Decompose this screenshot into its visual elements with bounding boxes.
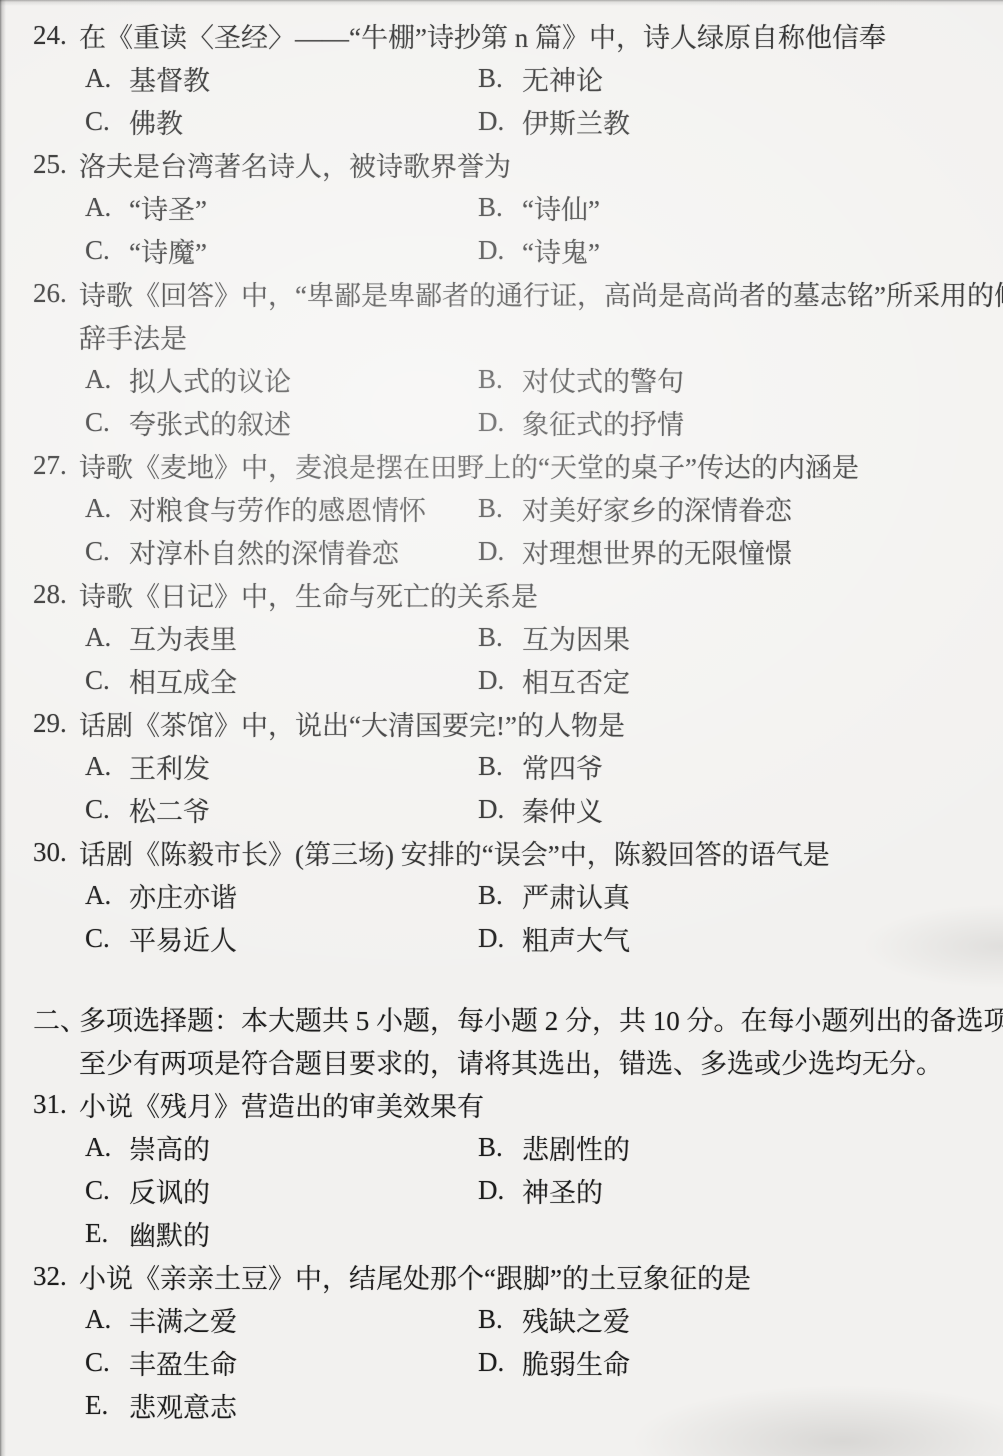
option-text: 常四爷 xyxy=(522,747,603,786)
option-text: 残缺之爱 xyxy=(522,1300,630,1339)
option-text: 拟人式的议论 xyxy=(129,360,291,399)
option-text: 反讽的 xyxy=(129,1171,210,1210)
section-header-line-continuation: 至少有两项是符合题目要求的，请将其选出，错选、多选或少选均无分。 xyxy=(0,1040,1003,1083)
option-text: 对粮食与劳作的感恩情怀 xyxy=(129,489,426,528)
options-row: A.王利发B.常四爷 xyxy=(0,745,1003,788)
option-B: B.常四爷 xyxy=(478,747,871,786)
option-label: B. xyxy=(478,1132,522,1163)
question-line: 27.诗歌《麦地》中，麦浪是摆在田野上的“天堂的桌子”传达的内涵是 xyxy=(0,444,1003,487)
question-24: 24.在《重读〈圣经〉——“牛棚”诗抄第 n 篇》中，诗人绿原自称他信奉A.基督… xyxy=(0,14,1003,143)
option-C: C.“诗魔” xyxy=(85,231,478,270)
option-label: B. xyxy=(478,192,522,223)
options-row: A.亦庄亦谐B.严肃认真 xyxy=(0,874,1003,917)
option-label: A. xyxy=(85,1132,129,1163)
section-text: 多项选择题：本大题共 5 小题，每小题 2 分，共 10 分。在每小题列出的备选… xyxy=(79,999,1003,1038)
exam-page: 24.在《重读〈圣经〉——“牛棚”诗抄第 n 篇》中，诗人绿原自称他信奉A.基督… xyxy=(0,0,1003,1456)
options-row: C.松二爷D.秦仲义 xyxy=(0,788,1003,831)
option-label: B. xyxy=(478,751,522,782)
question-31: 31.小说《残月》营造出的审美效果有A.崇高的B.悲剧性的C.反讽的D.神圣的E… xyxy=(0,1083,1003,1255)
option-text: 严肃认真 xyxy=(522,876,630,915)
option-label: D. xyxy=(478,106,522,137)
options-row: A.崇高的B.悲剧性的 xyxy=(0,1126,1003,1169)
options-row: C.反讽的D.神圣的 xyxy=(0,1169,1003,1212)
option-text: 秦仲义 xyxy=(522,790,603,829)
options-row: C.夸张式的叙述D.象征式的抒情 xyxy=(0,401,1003,444)
option-label: C. xyxy=(85,665,129,696)
option-label: C. xyxy=(85,536,129,567)
option-label: D. xyxy=(478,407,522,438)
option-label: A. xyxy=(85,192,129,223)
option-text: 互为表里 xyxy=(129,618,237,657)
option-C: C.松二爷 xyxy=(85,790,478,829)
options-row: E.悲观意志 xyxy=(0,1384,1003,1427)
option-text: 悲观意志 xyxy=(129,1386,237,1425)
option-label: D. xyxy=(478,665,522,696)
question-26: 26.诗歌《回答》中，“卑鄙是卑鄙者的通行证，高尚是高尚者的墓志铭”所采用的修辞… xyxy=(0,272,1003,444)
option-label: A. xyxy=(85,364,129,395)
option-text: “诗魔” xyxy=(129,231,207,270)
option-C: C.丰盈生命 xyxy=(85,1343,478,1382)
options-row: C.丰盈生命D.脆弱生命 xyxy=(0,1341,1003,1384)
question-line: 29.话剧《茶馆》中，说出“大清国要完!”的人物是 xyxy=(0,702,1003,745)
option-A: A.互为表里 xyxy=(85,618,478,657)
option-text: 丰盈生命 xyxy=(129,1343,237,1382)
option-text: 相互成全 xyxy=(129,661,237,700)
option-text: 无神论 xyxy=(522,59,603,98)
option-text: 王利发 xyxy=(129,747,210,786)
question-30: 30.话剧《陈毅市长》(第三场) 安排的“误会”中，陈毅回答的语气是A.亦庄亦谐… xyxy=(0,831,1003,960)
option-label: A. xyxy=(85,751,129,782)
option-text: 伊斯兰教 xyxy=(522,102,630,141)
option-B: B.对仗式的警句 xyxy=(478,360,871,399)
option-A: A.崇高的 xyxy=(85,1128,478,1167)
question-line: 25.洛夫是台湾著名诗人，被诗歌界誉为 xyxy=(0,143,1003,186)
option-A: A.亦庄亦谐 xyxy=(85,876,478,915)
question-text: 在《重读〈圣经〉——“牛棚”诗抄第 n 篇》中，诗人绿原自称他信奉 xyxy=(79,16,886,55)
question-number: 31. xyxy=(33,1089,79,1120)
option-label: D. xyxy=(478,923,522,954)
options-row: C.对淳朴自然的深情眷恋D.对理想世界的无限憧憬 xyxy=(0,530,1003,573)
option-label: C. xyxy=(85,235,129,266)
option-A: A.对粮食与劳作的感恩情怀 xyxy=(85,489,478,528)
option-text: 互为因果 xyxy=(522,618,630,657)
option-text: 神圣的 xyxy=(522,1171,603,1210)
option-B: B.悲剧性的 xyxy=(478,1128,871,1167)
option-text: 对美好家乡的深情眷恋 xyxy=(522,489,792,528)
option-text: 基督教 xyxy=(129,59,210,98)
option-D: D.神圣的 xyxy=(478,1171,871,1210)
option-label: B. xyxy=(478,364,522,395)
option-text: 对理想世界的无限憧憬 xyxy=(522,532,792,571)
question-text: 诗歌《回答》中，“卑鄙是卑鄙者的通行证，高尚是高尚者的墓志铭”所采用的修 xyxy=(79,274,1003,313)
question-number: 29. xyxy=(33,708,79,739)
question-text: 诗歌《日记》中，生命与死亡的关系是 xyxy=(79,575,538,614)
question-25: 25.洛夫是台湾著名诗人，被诗歌界誉为A.“诗圣”B.“诗仙”C.“诗魔”D.“… xyxy=(0,143,1003,272)
options-row: A.对粮食与劳作的感恩情怀B.对美好家乡的深情眷恋 xyxy=(0,487,1003,530)
option-label: A. xyxy=(85,622,129,653)
question-text: 洛夫是台湾著名诗人，被诗歌界誉为 xyxy=(79,145,511,184)
option-label: D. xyxy=(478,235,522,266)
option-D: D.伊斯兰教 xyxy=(478,102,871,141)
option-label: C. xyxy=(85,794,129,825)
option-E: E.幽默的 xyxy=(85,1214,478,1253)
option-text: 丰满之爱 xyxy=(129,1300,237,1339)
question-29: 29.话剧《茶馆》中，说出“大清国要完!”的人物是A.王利发B.常四爷C.松二爷… xyxy=(0,702,1003,831)
option-A: A.“诗圣” xyxy=(85,188,478,227)
option-D: D.秦仲义 xyxy=(478,790,871,829)
question-line: 28.诗歌《日记》中，生命与死亡的关系是 xyxy=(0,573,1003,616)
option-D: D.脆弱生命 xyxy=(478,1343,871,1382)
option-C: C.反讽的 xyxy=(85,1171,478,1210)
section-header: 二、多项选择题：本大题共 5 小题，每小题 2 分，共 10 分。在每小题列出的… xyxy=(0,997,1003,1083)
options-row: A.基督教B.无神论 xyxy=(0,57,1003,100)
option-text: 幽默的 xyxy=(129,1214,210,1253)
options-row: C.相互成全D.相互否定 xyxy=(0,659,1003,702)
options-row: A.互为表里B.互为因果 xyxy=(0,616,1003,659)
question-line: 24.在《重读〈圣经〉——“牛棚”诗抄第 n 篇》中，诗人绿原自称他信奉 xyxy=(0,14,1003,57)
question-line: 26.诗歌《回答》中，“卑鄙是卑鄙者的通行证，高尚是高尚者的墓志铭”所采用的修 xyxy=(0,272,1003,315)
option-A: A.王利发 xyxy=(85,747,478,786)
option-text: 粗声大气 xyxy=(522,919,630,958)
question-number: 32. xyxy=(33,1261,79,1292)
question-number: 26. xyxy=(33,278,79,309)
question-27: 27.诗歌《麦地》中，麦浪是摆在田野上的“天堂的桌子”传达的内涵是A.对粮食与劳… xyxy=(0,444,1003,573)
option-E: E.悲观意志 xyxy=(85,1386,478,1425)
options-row: A.“诗圣”B.“诗仙” xyxy=(0,186,1003,229)
option-text: 松二爷 xyxy=(129,790,210,829)
option-text: 平易近人 xyxy=(129,919,237,958)
question-text: 话剧《茶馆》中，说出“大清国要完!”的人物是 xyxy=(79,704,625,743)
option-text: 亦庄亦谐 xyxy=(129,876,237,915)
option-B: B.无神论 xyxy=(478,59,871,98)
option-D: D.对理想世界的无限憧憬 xyxy=(478,532,871,571)
option-text: 对淳朴自然的深情眷恋 xyxy=(129,532,399,571)
question-number: 30. xyxy=(33,837,79,868)
option-B: B.“诗仙” xyxy=(478,188,871,227)
option-C: C.相互成全 xyxy=(85,661,478,700)
section-marker: 二、 xyxy=(33,999,79,1038)
option-label: A. xyxy=(85,63,129,94)
option-label: B. xyxy=(478,622,522,653)
option-label: D. xyxy=(478,794,522,825)
option-C: C.平易近人 xyxy=(85,919,478,958)
option-B: B.互为因果 xyxy=(478,618,871,657)
options-row: C.佛教D.伊斯兰教 xyxy=(0,100,1003,143)
question-number: 25. xyxy=(33,149,79,180)
option-label: B. xyxy=(478,880,522,911)
option-text: “诗圣” xyxy=(129,188,207,227)
question-28: 28.诗歌《日记》中，生命与死亡的关系是A.互为表里B.互为因果C.相互成全D.… xyxy=(0,573,1003,702)
option-A: A.丰满之爱 xyxy=(85,1300,478,1339)
section-header-line: 二、多项选择题：本大题共 5 小题，每小题 2 分，共 10 分。在每小题列出的… xyxy=(0,997,1003,1040)
question-line: 32.小说《亲亲土豆》中，结尾处那个“跟脚”的土豆象征的是 xyxy=(0,1255,1003,1298)
option-label: A. xyxy=(85,1304,129,1335)
options-row: C.平易近人D.粗声大气 xyxy=(0,917,1003,960)
option-B: B.残缺之爱 xyxy=(478,1300,871,1339)
option-B: B.严肃认真 xyxy=(478,876,871,915)
option-D: D.相互否定 xyxy=(478,661,871,700)
question-line-continuation: 辞手法是 xyxy=(0,315,1003,358)
option-text: 佛教 xyxy=(129,102,183,141)
option-A: A.拟人式的议论 xyxy=(85,360,478,399)
option-text: “诗鬼” xyxy=(522,231,600,270)
section-text: 至少有两项是符合题目要求的，请将其选出，错选、多选或少选均无分。 xyxy=(79,1042,943,1081)
question-text: 小说《残月》营造出的审美效果有 xyxy=(79,1085,484,1124)
option-label: C. xyxy=(85,923,129,954)
option-label: C. xyxy=(85,106,129,137)
option-A: A.基督教 xyxy=(85,59,478,98)
question-number: 28. xyxy=(33,579,79,610)
option-text: 相互否定 xyxy=(522,661,630,700)
option-D: D.象征式的抒情 xyxy=(478,403,871,442)
option-label: C. xyxy=(85,1175,129,1206)
question-number: 24. xyxy=(33,20,79,51)
question-line: 31.小说《残月》营造出的审美效果有 xyxy=(0,1083,1003,1126)
option-text: 夸张式的叙述 xyxy=(129,403,291,442)
question-text: 诗歌《麦地》中，麦浪是摆在田野上的“天堂的桌子”传达的内涵是 xyxy=(79,446,859,485)
option-label: A. xyxy=(85,880,129,911)
option-C: C.对淳朴自然的深情眷恋 xyxy=(85,532,478,571)
options-row: A.拟人式的议论B.对仗式的警句 xyxy=(0,358,1003,401)
question-32: 32.小说《亲亲土豆》中，结尾处那个“跟脚”的土豆象征的是A.丰满之爱B.残缺之… xyxy=(0,1255,1003,1427)
question-line: 30.话剧《陈毅市长》(第三场) 安排的“误会”中，陈毅回答的语气是 xyxy=(0,831,1003,874)
question-text: 小说《亲亲土豆》中，结尾处那个“跟脚”的土豆象征的是 xyxy=(79,1257,751,1296)
option-label: D. xyxy=(478,536,522,567)
option-label: C. xyxy=(85,407,129,438)
question-number: 27. xyxy=(33,450,79,481)
option-text: “诗仙” xyxy=(522,188,600,227)
question-text: 辞手法是 xyxy=(79,317,187,356)
options-row: A.丰满之爱B.残缺之爱 xyxy=(0,1298,1003,1341)
option-label: C. xyxy=(85,1347,129,1378)
option-D: D.粗声大气 xyxy=(478,919,871,958)
option-label: A. xyxy=(85,493,129,524)
option-label: D. xyxy=(478,1347,522,1378)
option-D: D.“诗鬼” xyxy=(478,231,871,270)
options-row: C.“诗魔”D.“诗鬼” xyxy=(0,229,1003,272)
option-label: E. xyxy=(85,1390,129,1421)
option-text: 脆弱生命 xyxy=(522,1343,630,1382)
option-label: B. xyxy=(478,493,522,524)
options-row: E.幽默的 xyxy=(0,1212,1003,1255)
option-label: B. xyxy=(478,63,522,94)
option-text: 崇高的 xyxy=(129,1128,210,1167)
option-C: C.佛教 xyxy=(85,102,478,141)
option-text: 对仗式的警句 xyxy=(522,360,684,399)
option-text: 悲剧性的 xyxy=(522,1128,630,1167)
option-label: B. xyxy=(478,1304,522,1335)
option-text: 象征式的抒情 xyxy=(522,403,684,442)
question-text: 话剧《陈毅市长》(第三场) 安排的“误会”中，陈毅回答的语气是 xyxy=(79,833,830,872)
option-C: C.夸张式的叙述 xyxy=(85,403,478,442)
option-B: B.对美好家乡的深情眷恋 xyxy=(478,489,871,528)
exam-content: 24.在《重读〈圣经〉——“牛棚”诗抄第 n 篇》中，诗人绿原自称他信奉A.基督… xyxy=(0,0,1003,1427)
option-label: E. xyxy=(85,1218,129,1249)
option-label: D. xyxy=(478,1175,522,1206)
